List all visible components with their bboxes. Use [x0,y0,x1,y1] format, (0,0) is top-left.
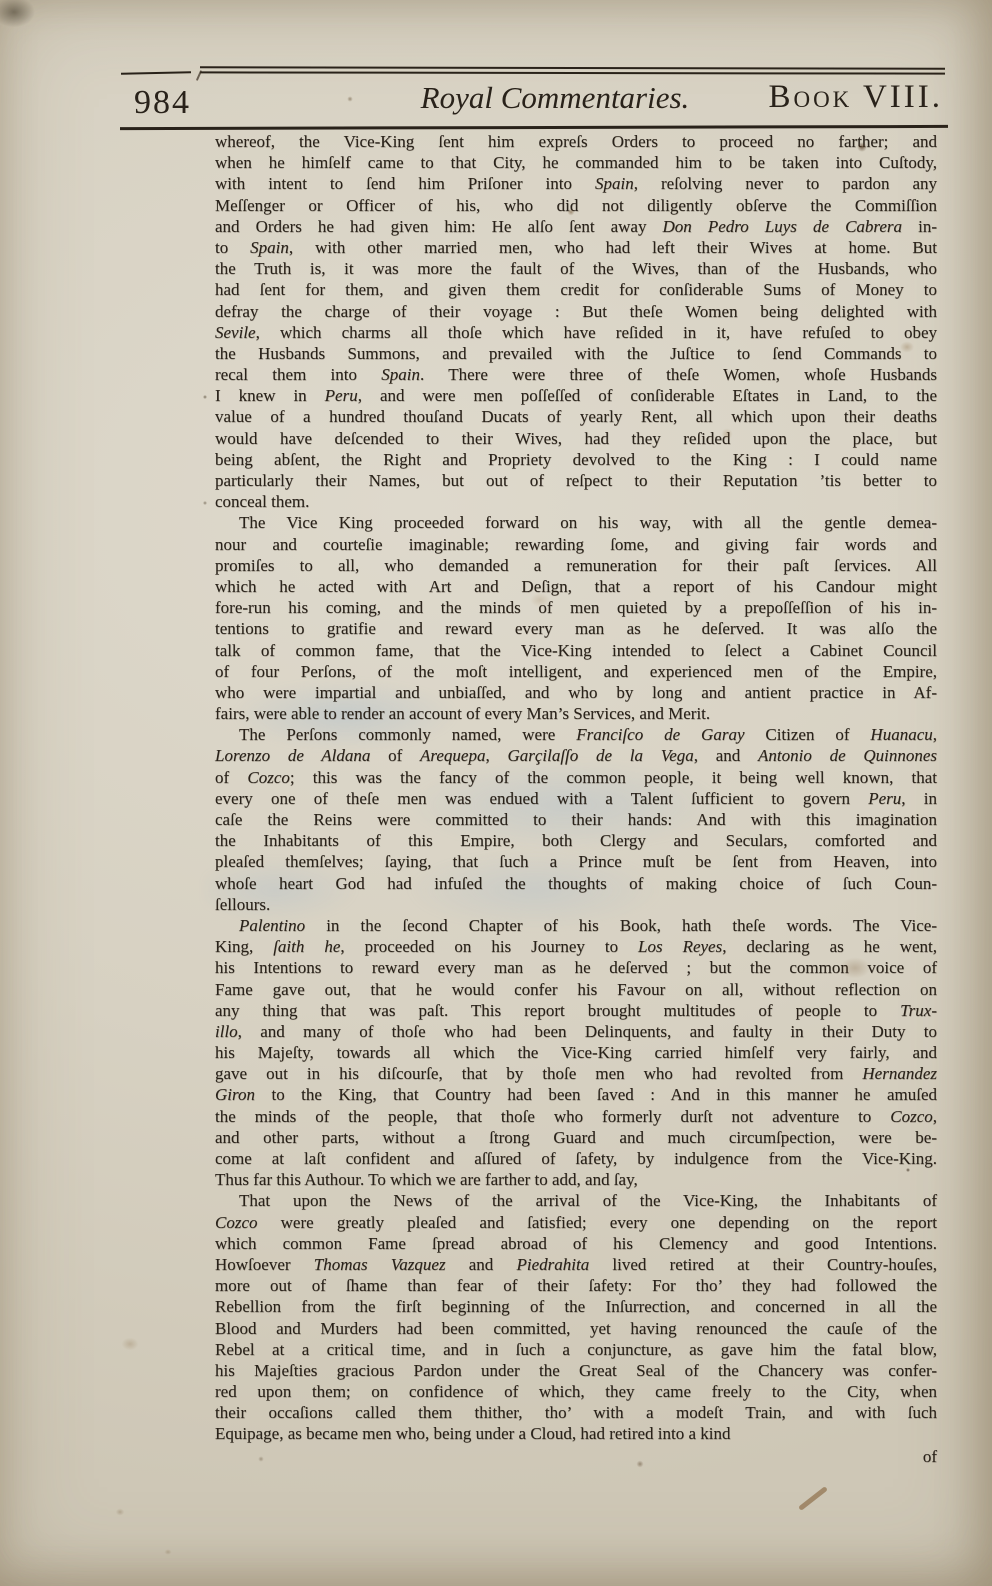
page-number: 984 [134,84,191,122]
text-line: value of a hundred thouſand Ducats of ye… [215,406,937,427]
text-line: which he acted with Art and Deſign, that… [215,576,937,597]
header-rule-top [200,66,945,70]
text-line: the Truth is, it was more the fault of t… [215,258,937,279]
text-line: Cozco were greatly pleaſed and ſatisfied… [215,1212,937,1233]
text-line: Palentino in the ſecond Chapter of his B… [215,915,937,936]
text-line: caſe the Reins were committed to their h… [215,809,937,830]
text-line: the Inhabitants of this Empire, both Cle… [215,830,937,851]
paragraph: The Perſons commonly named, were Franciſ… [215,724,937,915]
text-line: his Majeſties gracious Pardon under the … [215,1360,937,1381]
text-line: Giron to the King, that Country had been… [215,1084,937,1105]
header-rule-top-left [121,71,191,74]
text-line: whoſe heart God had infuſed the thoughts… [215,873,937,894]
text-line: Rebel at a critical time, and in ſuch a … [215,1339,937,1360]
text-line: particularly their Names, but out of reſ… [215,470,937,491]
text-block: whereof, the Vice-King ſent him expreſs … [215,131,937,1445]
text-line: Equipage, as became men who, being under… [215,1423,937,1444]
text-line: Lorenzo de Aldana of Arequepa, Garçilaſſ… [215,745,937,766]
text-line: talk of common fame, that the Vice-King … [215,640,937,661]
text-line: the minds of the people, that thoſe who … [215,1106,937,1127]
text-line: ſellours. [215,894,937,915]
text-line: of Cozco; this was the fancy of the comm… [215,767,937,788]
text-line: to Spain, with other married men, who ha… [215,237,937,258]
text-line: fairs, were able to render an account of… [215,703,937,724]
running-title: Royal Commentaries. [405,80,705,116]
text-line: pleaſed themſelves; ſaying, that ſuch a … [215,851,937,872]
text-line: defray the charge of their voyage : But … [215,301,937,322]
text-line: would have deſcended to their Wives, had… [215,428,937,449]
text-line: The Perſons commonly named, were Franciſ… [215,724,937,745]
text-line: with intent to ſend him Priſoner into Sp… [215,173,937,194]
text-line: any thing that was paſt. This report bro… [215,1000,937,1021]
paragraph: The Vice King proceeded forward on his w… [215,512,937,724]
text-line: which common Fame ſpread abroad of his C… [215,1233,937,1254]
text-line: fore-run his coming, and the minds of me… [215,597,937,618]
book-page: 984 Royal Commentaries. Book VIII. where… [0,0,992,1586]
text-line: their occaſions called them thither, tho… [215,1402,937,1423]
text-line: whereof, the Vice-King ſent him expreſs … [215,131,937,152]
text-line: Fame gave out, that he would confer his … [215,979,937,1000]
text-line: had ſent for them, and given them credit… [215,279,937,300]
text-line: That upon the News of the arrival of the… [215,1190,937,1211]
text-line: Rebellion from the firſt beginning of th… [215,1296,937,1317]
paragraph: Palentino in the ſecond Chapter of his B… [215,915,937,1190]
text-line: red upon them; on confidence of which, t… [215,1381,937,1402]
text-line: being abſent, the Right and Propriety de… [215,449,937,470]
text-line: recal them into Spain. There were three … [215,364,937,385]
text-line: Meſſenger or Officer of his, who did not… [215,195,937,216]
text-line: of four Perſons, of the moſt intelligent… [215,661,937,682]
text-line: when he himſelf came to that City, he co… [215,152,937,173]
text-line: come at laſt confident and aſſured of ſa… [215,1148,937,1169]
text-line: his Majeſty, towards all which the Vice-… [215,1042,937,1063]
text-line: Sevile, which charms all thoſe which hav… [215,322,937,343]
text-line: Blood and Murders had been committed, ye… [215,1318,937,1339]
text-line: The Vice King proceeded forward on his w… [215,512,937,533]
text-line: Thus far this Authour. To which we are f… [215,1169,937,1190]
text-line: illo, and many of thoſe who had been Del… [215,1021,937,1042]
text-line: who were impartial and unbiaſſed, and wh… [215,682,937,703]
text-line: the Husbands Summons, and prevailed with… [215,343,937,364]
book-label: Book VIII. [738,79,943,116]
text-line: promiſes to all, who demanded a remunera… [215,555,937,576]
paragraph: That upon the News of the arrival of the… [215,1190,937,1444]
pen-tick-mark [196,70,202,81]
text-line: I knew in Peru, and were men poſſeſſed o… [215,385,937,406]
text-line: tentions to gratifie and reward every ma… [215,618,937,639]
text-line: Howſoever Thomas Vazquez and Piedrahita … [215,1254,937,1275]
text-line: more out of ſhame than fear of their ſaf… [215,1275,937,1296]
ink-slash-mark [798,1486,828,1511]
header-rule-bottom [120,125,948,130]
text-line: conceal them. [215,491,937,512]
text-line: nour and courteſie imaginable; rewarding… [215,534,937,555]
text-line: every one of theſe men was endued with a… [215,788,937,809]
text-line: and Orders he had given him: He alſo ſen… [215,216,937,237]
text-line: gave out in his diſcourſe, that by thoſe… [215,1063,937,1084]
text-line: King, ſaith he, proceeded on his Journey… [215,936,937,957]
text-line: and other parts, without a ſtrong Guard … [215,1127,937,1148]
header-rule-top-double [200,71,945,74]
text-line: his Intentions to reward every man as he… [215,957,937,978]
catchword: of [215,1447,937,1467]
paragraph: whereof, the Vice-King ſent him expreſs … [215,131,937,512]
